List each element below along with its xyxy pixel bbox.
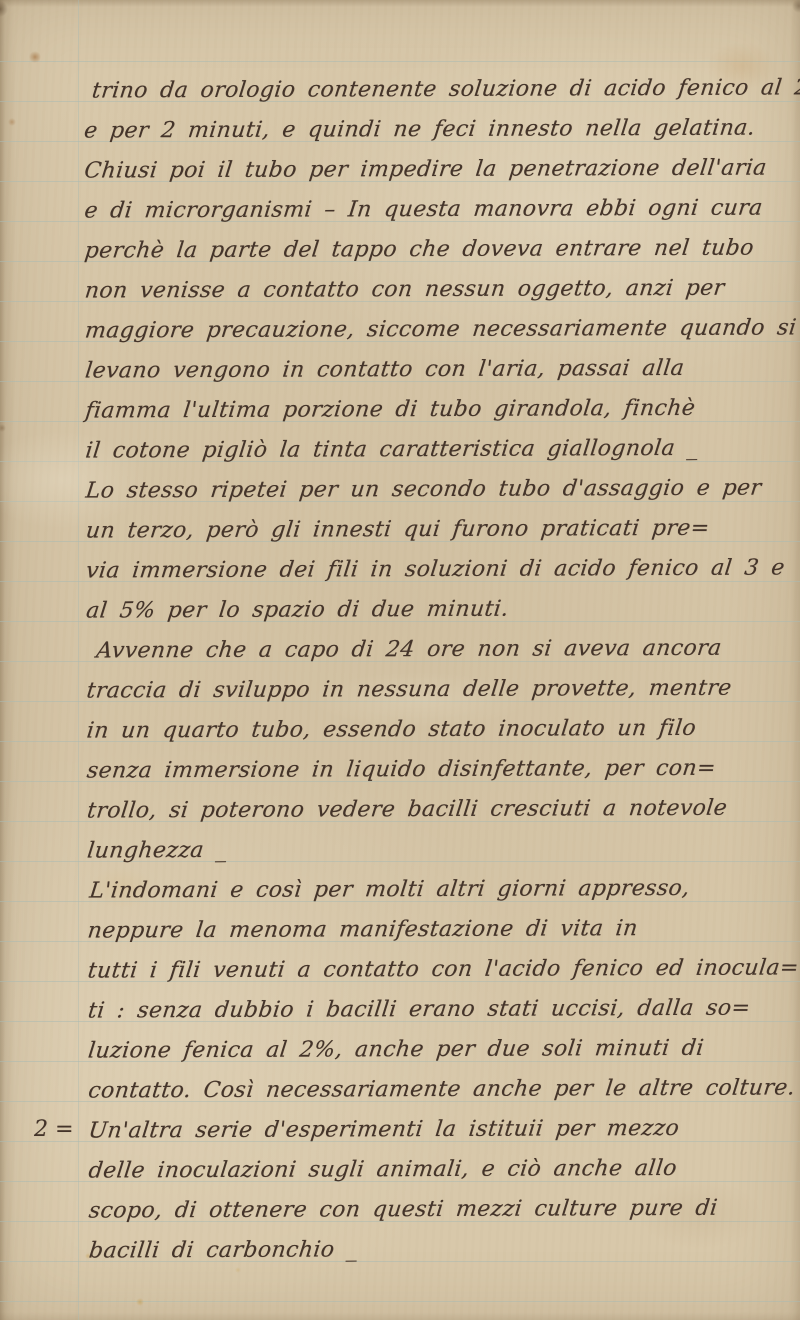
manuscript-line: senza immersione in liquido disinfettant… (85, 748, 786, 791)
manuscript-page: 2 = trino da orologio contenente soluzio… (0, 0, 800, 1320)
manuscript-line: delle inoculazioni sugli animali, e ciò … (86, 1148, 787, 1191)
manuscript-line: luzione fenica al 2%, anche per due soli… (86, 1028, 787, 1071)
manuscript-line: bacilli di carbonchio _ (87, 1228, 788, 1271)
manuscript-line: scopo, di ottenere con questi mezzi cult… (86, 1188, 787, 1231)
manuscript-line: il cotone pigliò la tinta caratteristica… (83, 428, 784, 471)
manuscript-line: traccia di sviluppo in nessuna delle pro… (84, 668, 785, 711)
manuscript-line: L'indomani e così per molti altri giorni… (85, 868, 786, 911)
manuscript-line: perchè la parte del tappo che doveva ent… (82, 228, 783, 271)
manuscript-line: trino da orologio contenente soluzione d… (82, 68, 783, 111)
manuscript-line: maggiore precauzione, siccome necessaria… (83, 308, 784, 351)
manuscript-line: e per 2 minuti, e quindi ne feci innesto… (82, 108, 783, 151)
margin-line (78, 0, 79, 1320)
manuscript-line: via immersione dei fili in soluzioni di … (84, 548, 785, 591)
manuscript-line: non venisse a contatto con nessun oggett… (82, 268, 783, 311)
manuscript-line: fiamma l'ultima porzione di tubo girando… (83, 388, 784, 431)
manuscript-line: neppure la menoma manifestazione di vita… (85, 908, 786, 951)
manuscript-line: Avvenne che a capo di 24 ore non si avev… (84, 628, 785, 671)
manuscript-line: Chiusi poi il tubo per impedire la penet… (82, 148, 783, 191)
manuscript-line: in un quarto tubo, essendo stato inocula… (84, 708, 785, 751)
manuscript-line: al 5% per lo spazio di due minuti. (84, 588, 785, 631)
manuscript-line: un terzo, però gli innesti qui furono pr… (83, 508, 784, 551)
manuscript-line: lunghezza _ (85, 828, 786, 871)
manuscript-line: Un'altra serie d'esperimenti la istituii… (86, 1108, 787, 1151)
margin-item-number: 2 = (34, 1110, 73, 1150)
manuscript-line: contatto. Così necessariamente anche per… (86, 1068, 787, 1111)
manuscript-text: trino da orologio contenente soluzione d… (81, 68, 782, 1271)
manuscript-line: e di microrganismi – In questa manovra e… (82, 188, 783, 231)
manuscript-line: ti : senza dubbio i bacilli erano stati … (86, 988, 787, 1031)
manuscript-line: levano vengono in contatto con l'aria, p… (83, 348, 784, 391)
manuscript-line: Lo stesso ripetei per un secondo tubo d'… (83, 468, 784, 511)
manuscript-line: trollo, si poterono vedere bacilli cresc… (85, 788, 786, 831)
manuscript-line: tutti i fili venuti a contatto con l'aci… (85, 948, 786, 991)
